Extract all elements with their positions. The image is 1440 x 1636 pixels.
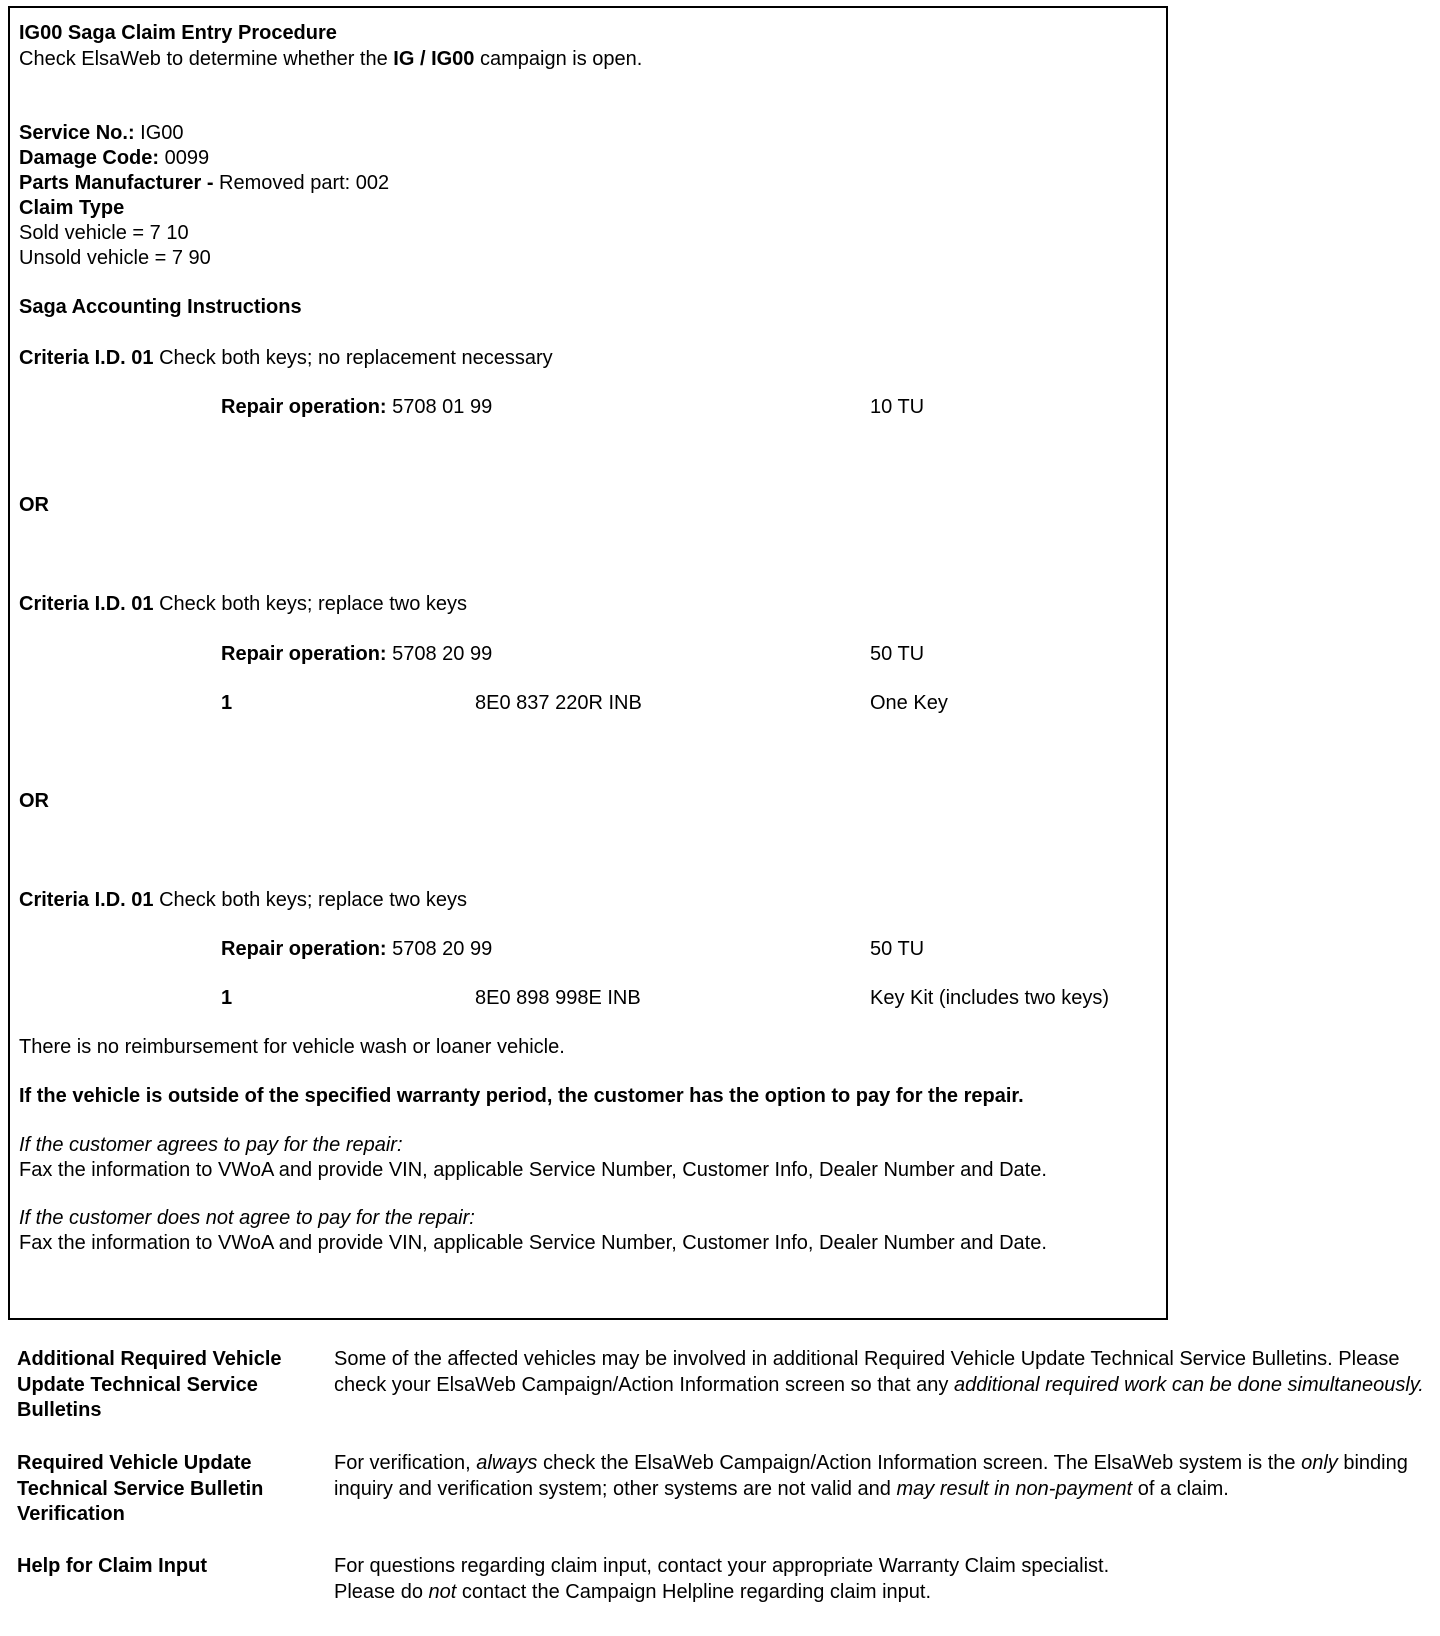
claim-type-label: Claim Type <box>19 196 124 222</box>
criteria-2: Criteria I.D. 01 Check both keys; replac… <box>19 592 467 618</box>
repair-operation: Repair operation: 5708 20 99 <box>221 642 492 668</box>
info-description: For questions regarding claim input, con… <box>334 1554 1429 1605</box>
info-label: Help for Claim Input <box>17 1554 317 1580</box>
or-separator: OR <box>19 789 49 815</box>
claim-entry-procedure-box: IG00 Saga Claim Entry Procedure Check El… <box>8 6 1168 1320</box>
part-quantity: 1 <box>221 691 232 717</box>
claim-type-unsold: Unsold vehicle = 7 90 <box>19 246 211 272</box>
parts-manufacturer: Parts Manufacturer - Removed part: 002 <box>19 171 389 197</box>
claim-type-sold: Sold vehicle = 7 10 <box>19 221 189 247</box>
criteria-3: Criteria I.D. 01 Check both keys; replac… <box>19 888 467 914</box>
warranty-notice: If the vehicle is outside of the specifi… <box>19 1084 1024 1110</box>
part-number: 8E0 898 998E INB <box>475 986 641 1012</box>
info-description: For verification, always check the ElsaW… <box>334 1451 1429 1502</box>
accounting-heading: Saga Accounting Instructions <box>19 295 302 321</box>
repair-operation: Repair operation: 5708 20 99 <box>221 937 492 963</box>
info-label: Required Vehicle Update Technical Servic… <box>17 1451 317 1528</box>
info-label: Additional Required Vehicle Update Techn… <box>17 1347 317 1424</box>
part-quantity: 1 <box>221 986 232 1012</box>
time-units: 10 TU <box>870 395 924 421</box>
agrees-text: Fax the information to VWoA and provide … <box>19 1158 1047 1184</box>
info-description: Some of the affected vehicles may be inv… <box>334 1347 1429 1398</box>
procedure-intro: Check ElsaWeb to determine whether the I… <box>19 47 642 73</box>
no-reimbursement-note: There is no reimbursement for vehicle wa… <box>19 1035 565 1061</box>
disagrees-heading: If the customer does not agree to pay fo… <box>19 1206 475 1232</box>
part-number: 8E0 837 220R INB <box>475 691 642 717</box>
procedure-title: IG00 Saga Claim Entry Procedure <box>19 21 337 47</box>
time-units: 50 TU <box>870 937 924 963</box>
or-separator: OR <box>19 493 49 519</box>
damage-code: Damage Code: 0099 <box>19 146 209 172</box>
part-description: One Key <box>870 691 948 717</box>
time-units: 50 TU <box>870 642 924 668</box>
criteria-1: Criteria I.D. 01 Check both keys; no rep… <box>19 346 553 372</box>
agrees-heading: If the customer agrees to pay for the re… <box>19 1133 403 1159</box>
service-number: Service No.: IG00 <box>19 121 184 147</box>
disagrees-text: Fax the information to VWoA and provide … <box>19 1231 1047 1257</box>
part-description: Key Kit (includes two keys) <box>870 986 1109 1012</box>
repair-operation: Repair operation: 5708 01 99 <box>221 395 492 421</box>
